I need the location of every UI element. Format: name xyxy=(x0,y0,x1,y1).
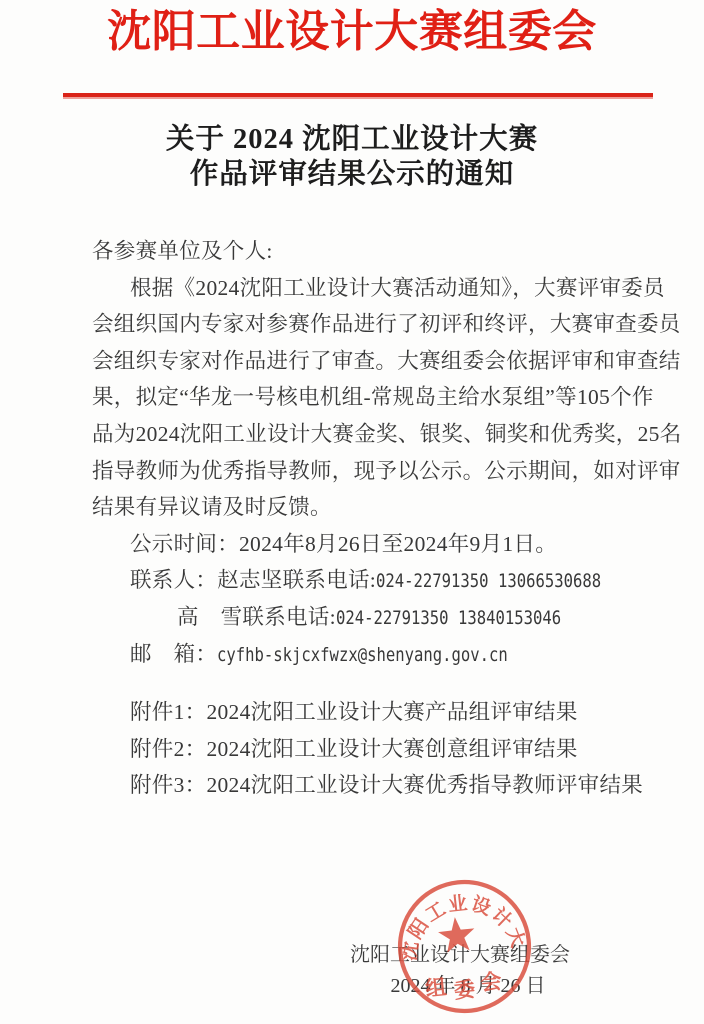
attachment-item: 附件2：2024沈阳工业设计大赛创意组评审结果 xyxy=(92,731,643,768)
contact-phone-label: 联系电话: xyxy=(242,605,335,629)
signature-date: 2024 年 8 月 26 日 xyxy=(388,969,548,998)
email-row: 邮 箱：cyfhb-skjcxfwzx@shenyang.gov.cn xyxy=(92,636,667,673)
notice-period-line: 公示时间：2024年8月26日至2024年9月1日。 xyxy=(92,526,667,563)
contact-row: 联系人：赵志坚联系电话:024-22791350 13066530688 xyxy=(92,562,667,599)
doc-title-line-2: 作品评审结果公示的通知 xyxy=(0,157,704,192)
paragraph-line: 根据《2024沈阳工业设计大赛活动通知》，大赛评审委员 xyxy=(92,270,667,307)
attachment-item: 附件1：2024沈阳工业设计大赛产品组评审结果 xyxy=(92,694,643,731)
contact-name: 赵志坚 xyxy=(217,562,282,599)
contact-phone-numbers: 024-22791350 13840153046 xyxy=(336,600,561,637)
paragraph-line: 果，拟定“华龙一号核电机组-常规岛主给水泵组”等105个作 xyxy=(92,379,667,416)
paragraph-line: 会组织专家对作品进行了审查。大赛组委会依据评审和审查结 xyxy=(92,343,667,380)
attachments-list: 附件1：2024沈阳工业设计大赛产品组评审结果 附件2：2024沈阳工业设计大赛… xyxy=(92,694,643,804)
doc-title-line-1: 关于 2024 沈阳工业设计大赛 xyxy=(0,122,704,157)
contact-label: 联系人： xyxy=(130,562,217,599)
contact-row: 高 雪联系电话:024-22791350 13840153046 xyxy=(92,599,667,636)
paragraph-line: 结果有异议请及时反馈。 xyxy=(92,489,667,526)
letterhead-rule xyxy=(63,93,653,99)
paragraph-line: 品为2024沈阳工业设计大赛金奖、银奖、铜奖和优秀奖，25名 xyxy=(92,416,667,453)
attachment-item: 附件3：2024沈阳工业设计大赛优秀指导教师评审结果 xyxy=(92,767,643,804)
paragraph-line: 指导教师为优秀指导教师，现予以公示。公示期间，如对评审 xyxy=(92,453,667,490)
email-label: 邮 箱： xyxy=(130,642,217,666)
paragraph-line: 会组织国内专家对参赛作品进行了初评和终评，大赛审查委员 xyxy=(92,306,667,343)
contact-phone-numbers: 024-22791350 13066530688 xyxy=(376,563,601,600)
letterhead-org-title: 沈阳工业设计大赛组委会 xyxy=(0,8,704,56)
signature-org: 沈阳工业设计大赛组委会 xyxy=(348,938,572,967)
contact-name: 高 雪 xyxy=(177,599,242,636)
email-address: cyfhb-skjcxfwzx@shenyang.gov.cn xyxy=(217,637,508,674)
notice-document-page: 沈阳工业设计大赛组委会 关于 2024 沈阳工业设计大赛 作品评审结果公示的通知… xyxy=(0,0,704,1024)
contact-phone-label: 联系电话: xyxy=(283,568,376,592)
doc-title: 关于 2024 沈阳工业设计大赛 作品评审结果公示的通知 xyxy=(0,122,704,192)
notice-body: 各参赛单位及个人: 根据《2024沈阳工业设计大赛活动通知》，大赛评审委员 会组… xyxy=(92,233,667,672)
salutation: 各参赛单位及个人: xyxy=(92,233,667,270)
